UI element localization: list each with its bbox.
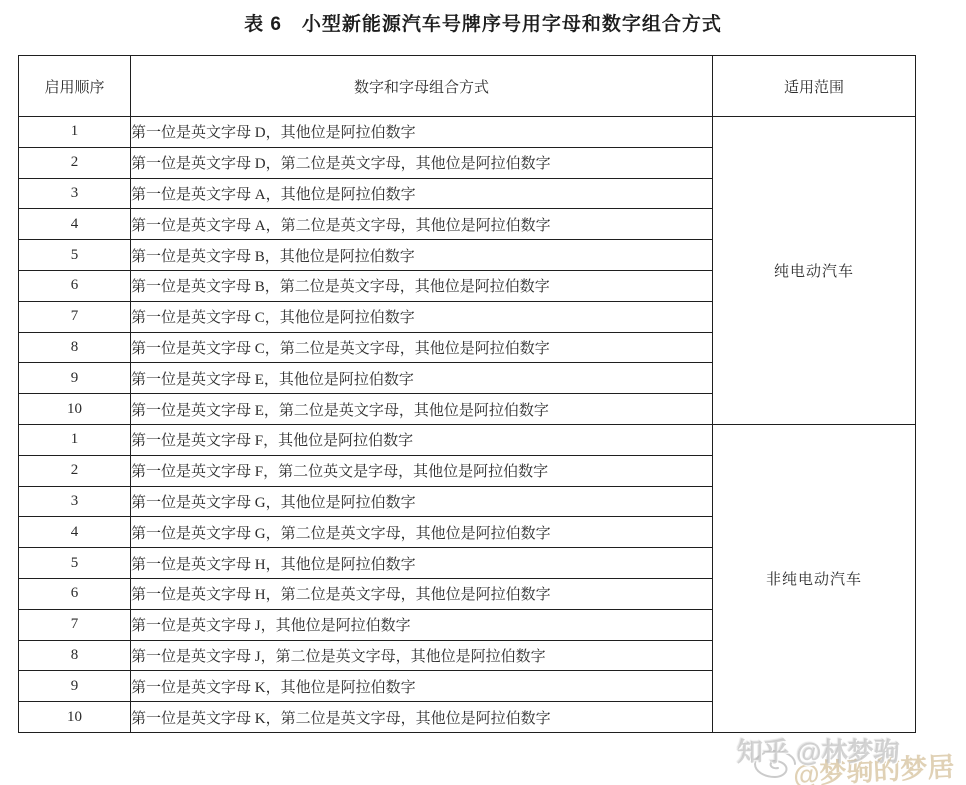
- order-cell: 2: [19, 455, 131, 486]
- order-cell: 4: [19, 517, 131, 548]
- combination-cell: 第一位是英文字母 H，第二位是英文字母，其他位是阿拉伯数字: [131, 578, 713, 609]
- combination-cell: 第一位是英文字母 K，其他位是阿拉伯数字: [131, 671, 713, 702]
- order-cell: 6: [19, 578, 131, 609]
- combination-cell: 第一位是英文字母 G，其他位是阿拉伯数字: [131, 486, 713, 517]
- combination-cell: 第一位是英文字母 K，第二位是英文字母，其他位是阿拉伯数字: [131, 702, 713, 733]
- combination-table: 启用顺序 数字和字母组合方式 适用范围 1第一位是英文字母 D，其他位是阿拉伯数…: [18, 55, 916, 733]
- combination-cell: 第一位是英文字母 H，其他位是阿拉伯数字: [131, 548, 713, 579]
- order-cell: 1: [19, 117, 131, 148]
- scope-cell: 纯电动汽车: [713, 117, 916, 425]
- combination-cell: 第一位是英文字母 D，第二位是英文字母，其他位是阿拉伯数字: [131, 147, 713, 178]
- header-order: 启用顺序: [19, 56, 131, 117]
- order-cell: 3: [19, 178, 131, 209]
- order-cell: 8: [19, 640, 131, 671]
- order-cell: 4: [19, 209, 131, 240]
- combination-cell: 第一位是英文字母 G，第二位是英文字母，其他位是阿拉伯数字: [131, 517, 713, 548]
- combination-cell: 第一位是英文字母 J，其他位是阿拉伯数字: [131, 609, 713, 640]
- combination-cell: 第一位是英文字母 C，其他位是阿拉伯数字: [131, 301, 713, 332]
- combination-cell: 第一位是英文字母 E，第二位是英文字母，其他位是阿拉伯数字: [131, 394, 713, 425]
- combination-cell: 第一位是英文字母 F，其他位是阿拉伯数字: [131, 424, 713, 455]
- header-combination: 数字和字母组合方式: [131, 56, 713, 117]
- combination-cell: 第一位是英文字母 F，第二位英文是字母，其他位是阿拉伯数字: [131, 455, 713, 486]
- header-scope: 适用范围: [713, 56, 916, 117]
- order-cell: 7: [19, 609, 131, 640]
- order-cell: 9: [19, 671, 131, 702]
- zhihu-swirl-icon: [751, 748, 799, 780]
- table-row: 1第一位是英文字母 D，其他位是阿拉伯数字纯电动汽车: [19, 117, 916, 148]
- combination-cell: 第一位是英文字母 B，其他位是阿拉伯数字: [131, 240, 713, 271]
- order-cell: 2: [19, 147, 131, 178]
- combination-cell: 第一位是英文字母 C，第二位是英文字母，其他位是阿拉伯数字: [131, 332, 713, 363]
- order-cell: 5: [19, 240, 131, 271]
- scope-cell: 非纯电动汽车: [713, 424, 916, 732]
- order-cell: 6: [19, 270, 131, 301]
- order-cell: 9: [19, 363, 131, 394]
- order-cell: 5: [19, 548, 131, 579]
- combination-cell: 第一位是英文字母 A，第二位是英文字母，其他位是阿拉伯数字: [131, 209, 713, 240]
- order-cell: 10: [19, 702, 131, 733]
- combination-cell: 第一位是英文字母 A，其他位是阿拉伯数字: [131, 178, 713, 209]
- order-cell: 3: [19, 486, 131, 517]
- order-cell: 8: [19, 332, 131, 363]
- combination-cell: 第一位是英文字母 E，其他位是阿拉伯数字: [131, 363, 713, 394]
- combination-cell: 第一位是英文字母 B，第二位是英文字母，其他位是阿拉伯数字: [131, 270, 713, 301]
- table-row: 1第一位是英文字母 F，其他位是阿拉伯数字非纯电动汽车: [19, 424, 916, 455]
- page-title: 表 6 小型新能源汽车号牌序号用字母和数字组合方式: [0, 9, 966, 36]
- watermark-secondary-label: @梦驹的梦居: [792, 745, 955, 785]
- order-cell: 1: [19, 424, 131, 455]
- order-cell: 10: [19, 394, 131, 425]
- watermark-zhihu-label: 知乎 @林梦驹: [737, 732, 900, 769]
- order-cell: 7: [19, 301, 131, 332]
- combination-cell: 第一位是英文字母 J，第二位是英文字母，其他位是阿拉伯数字: [131, 640, 713, 671]
- combination-cell: 第一位是英文字母 D，其他位是阿拉伯数字: [131, 117, 713, 148]
- header-row: 启用顺序 数字和字母组合方式 适用范围: [19, 56, 916, 117]
